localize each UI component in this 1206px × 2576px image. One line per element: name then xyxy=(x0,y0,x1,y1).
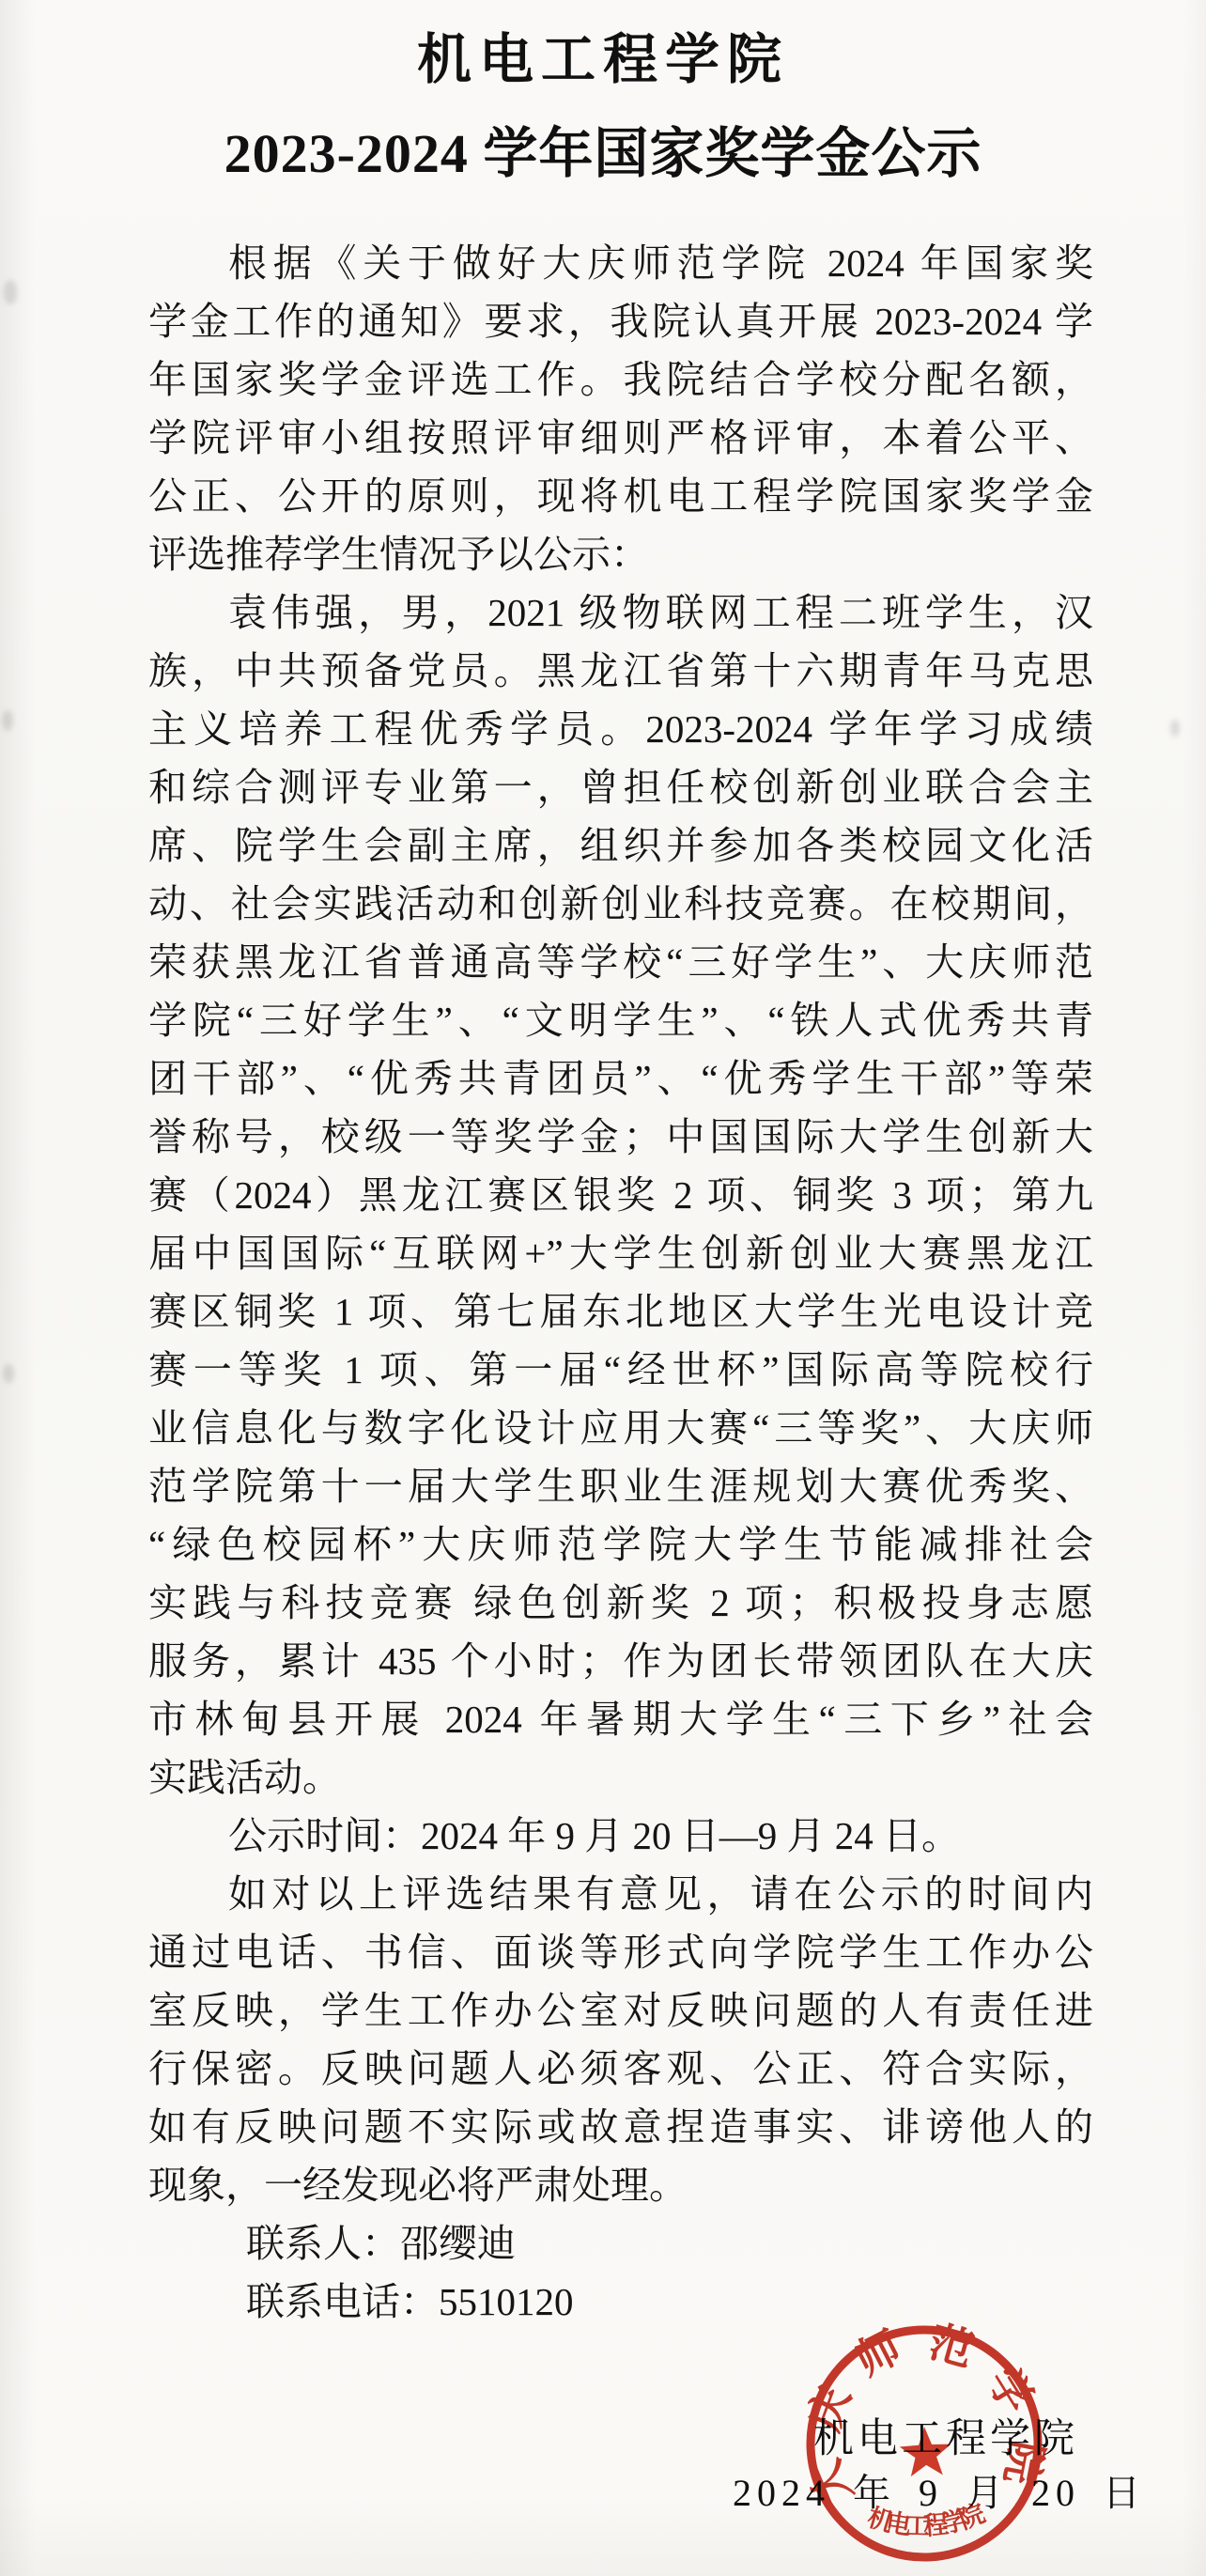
text-line: 赛区铜奖 1 项、第七届东北地区大学生光电设计竞 xyxy=(148,1282,1093,1341)
seal-bottom-text-holder: 机电工程学院 xyxy=(863,2497,990,2544)
text-line: 如对以上评选结果有意见，请在公示的时间内 xyxy=(148,1865,1093,1923)
text-line: 范学院第十一届大学生职业生涯规划大赛优秀奖、 xyxy=(148,1457,1093,1515)
document-page: 机电工程学院 2023-2024 学年国家奖学金公示 根据《关于做好大庆师范学院… xyxy=(0,0,1206,2576)
text-line: 现象，一经发现必将严肃处理。 xyxy=(148,2156,1093,2214)
text-line: 席、院学生会副主席，组织并参加各类校园文化活 xyxy=(148,816,1093,875)
text-line: 根据《关于做好大庆师范学院 2024 年国家奖 xyxy=(148,234,1093,292)
document-body: 根据《关于做好大庆师范学院 2024 年国家奖学金工作的通知》要求，我院认真开展… xyxy=(148,234,1093,2331)
seal-arc-text-holder: 大庆师范学院 xyxy=(793,2312,1054,2512)
seal-bottom-text: 机电工程学院 xyxy=(863,2497,990,2544)
text-line: 主义培养工程优秀学员。2023-2024 学年学习成绩 xyxy=(148,700,1093,758)
text-line: 联系人：邵缨迪 xyxy=(148,2214,1093,2273)
text-line: 赛一等奖 1 项、第一届“经世杯”国际高等院校行 xyxy=(148,1341,1093,1399)
text-line: 业信息化与数字化设计应用大赛“三等奖”、大庆师 xyxy=(148,1399,1093,1457)
text-line: 室反映，学生工作办公室对反映问题的人有责任进 xyxy=(148,1981,1093,2040)
scan-smudge xyxy=(3,1364,14,1383)
text-line: “绿色校园杯”大庆师范学院大学生节能减排社会 xyxy=(148,1515,1093,1574)
scan-smudge xyxy=(4,280,17,304)
doc-title-line-1: 机电工程学院 xyxy=(0,15,1206,94)
text-line: 团干部”、“优秀共青团员”、“优秀学生干部”等荣 xyxy=(148,1049,1093,1108)
text-line: 市林甸县开展 2024 年暑期大学生“三下乡”社会 xyxy=(148,1690,1093,1748)
text-line: 赛（2024）黑龙江赛区银奖 2 项、铜奖 3 项；第九 xyxy=(148,1166,1093,1224)
text-line: 和综合测评专业第一，曾担任校创新创业联合会主 xyxy=(148,758,1093,816)
text-line: 评选推荐学生情况予以公示： xyxy=(148,525,1093,583)
text-line: 服务，累计 435 个小时；作为团长带领团队在大庆 xyxy=(148,1632,1093,1690)
text-line: 誉称号，校级一等奖学金；中国国际大学生创新大 xyxy=(148,1108,1093,1166)
text-line: 学院评审小组按照评审细则严格评审，本着公平、 xyxy=(148,409,1093,467)
text-line: 行保密。反映问题人必须客观、公正、符合实际， xyxy=(148,2040,1093,2098)
text-line: 实践与科技竞赛 绿色创新奖 2 项；积极投身志愿 xyxy=(148,1574,1093,1632)
text-line: 实践活动。 xyxy=(148,1748,1093,1807)
seal-arc-text: 大庆师范学院 xyxy=(793,2312,1054,2512)
scan-smudge xyxy=(2,710,13,731)
text-line: 年国家奖学金评选工作。我院结合学校分配名额， xyxy=(148,350,1093,409)
official-seal: 大庆师范学院 机电工程学院 xyxy=(791,2310,1058,2576)
text-line: 动、社会实践活动和创新创业科技竞赛。在校期间， xyxy=(148,875,1093,933)
text-line: 族，中共预备党员。黑龙江省第十六期青年马克思 xyxy=(148,642,1093,700)
text-line: 届中国国际“互联网+”大学生创新创业大赛黑龙江 xyxy=(148,1224,1093,1282)
text-line: 公示时间：2024 年 9 月 20 日—9 月 24 日。 xyxy=(148,1807,1093,1865)
text-line: 学金工作的通知》要求，我院认真开展 2023-2024 学 xyxy=(148,292,1093,350)
scan-smudge xyxy=(1170,720,1180,737)
text-line: 如有反映问题不实际或故意捏造事实、诽谤他人的 xyxy=(148,2098,1093,2156)
text-line: 袁伟强，男，2021 级物联网工程二班学生，汉 xyxy=(148,583,1093,642)
text-line: 公正、公开的原则，现将机电工程学院国家奖学金 xyxy=(148,467,1093,525)
text-line: 学院“三好学生”、“文明学生”、“铁人式优秀共青 xyxy=(148,991,1093,1049)
text-line: 荣获黑龙江省普通高等学校“三好学生”、大庆师范 xyxy=(148,933,1093,991)
doc-title-line-2: 2023-2024 学年国家奖学金公示 xyxy=(0,109,1206,188)
text-line: 通过电话、书信、面谈等形式向学院学生工作办公 xyxy=(148,1923,1093,1981)
seal-star-icon xyxy=(899,2426,953,2477)
